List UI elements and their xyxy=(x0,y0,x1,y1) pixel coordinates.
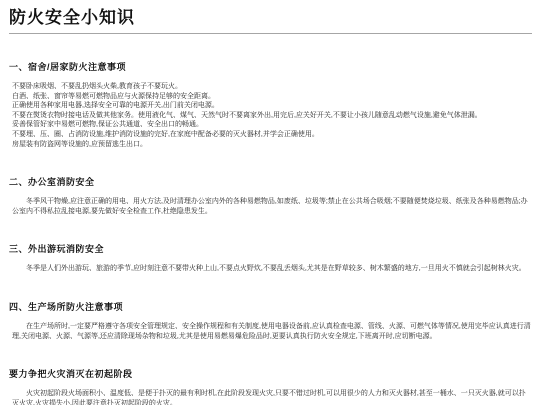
title-divider xyxy=(9,33,532,34)
section-heading: 二、办公室消防安全 xyxy=(9,176,532,188)
section-production: 四、生产场所防火注意事项 在生产场所时,一定要严格遵守各项安全管理规定、安全操作… xyxy=(9,301,532,341)
section-body: 不要卧床吸烟、不要乱扔烟头火柴,教育孩子不要玩火。 白酒、纸张、窗帘等易燃可燃物… xyxy=(12,82,532,149)
section-heading: 四、生产场所防火注意事项 xyxy=(9,301,532,313)
body-line: 房屋装有防盗网等设施的,应预留逃生出口。 xyxy=(12,140,532,150)
body-paragraph: 火灾初起阶段火场面积小、温度低、是便于扑灭的最有利时机,在此阶段发现火灾,只要不… xyxy=(12,389,532,405)
section-heading: 要力争把火灾消灭在初起阶段 xyxy=(9,368,532,380)
body-line: 白酒、纸张、窗帘等易燃可燃物品应与火源保持足够的安全距离。 xyxy=(12,92,532,102)
section-office: 二、办公室消防安全 冬季风干物燥,应注意正确的用电、用火方法,及时清理办公室内外… xyxy=(9,176,532,216)
body-paragraph: 冬季风干物燥,应注意正确的用电、用火方法,及时清理办公室内外的各种易燃物品,如废… xyxy=(12,197,532,216)
document-page: 防火安全小知识 一、宿舍/居家防火注意事项 不要卧床吸烟、不要乱扔烟头火柴,教育… xyxy=(0,0,540,405)
section-outing: 三、外出游玩消防安全 冬季是人们外出游玩、旅游的季节,应时刻注意不要带火种上山,… xyxy=(9,243,532,274)
body-paragraph: 冬季是人们外出游玩、旅游的季节,应时刻注意不要带火种上山,不要点火野炊,不要乱丢… xyxy=(12,264,532,274)
body-line: 妥善保管好家中易燃可燃物,保证公共通道、安全出口的畅通。 xyxy=(12,120,532,130)
section-early-stage: 要力争把火灾消灭在初起阶段 火灾初起阶段火场面积小、温度低、是便于扑灭的最有利时… xyxy=(9,368,532,405)
body-line: 不要埋、压、圈、占消防设施,维护消防设施的完好,在家庭中配备必要的灭火器材,并学… xyxy=(12,130,532,140)
section-heading: 一、宿舍/居家防火注意事项 xyxy=(9,61,532,73)
body-paragraph: 在生产场所时,一定要严格遵守各项安全管理规定、安全操作规程和有关制度,使用电器设… xyxy=(12,322,532,341)
document-title: 防火安全小知识 xyxy=(9,7,532,28)
section-dorm-home: 一、宿舍/居家防火注意事项 不要卧床吸烟、不要乱扔烟头火柴,教育孩子不要玩火。 … xyxy=(9,61,532,149)
body-line: 不要在熨烫衣物时接电话及做其他家务。使用液化气、煤气、天然气时不要离家外出,用完… xyxy=(12,111,532,121)
section-heading: 三、外出游玩消防安全 xyxy=(9,243,532,255)
body-line: 正确使用各种家用电器,选择安全可靠的电源开关,出门前关闭电源。 xyxy=(12,101,532,111)
body-line: 不要卧床吸烟、不要乱扔烟头火柴,教育孩子不要玩火。 xyxy=(12,82,532,92)
